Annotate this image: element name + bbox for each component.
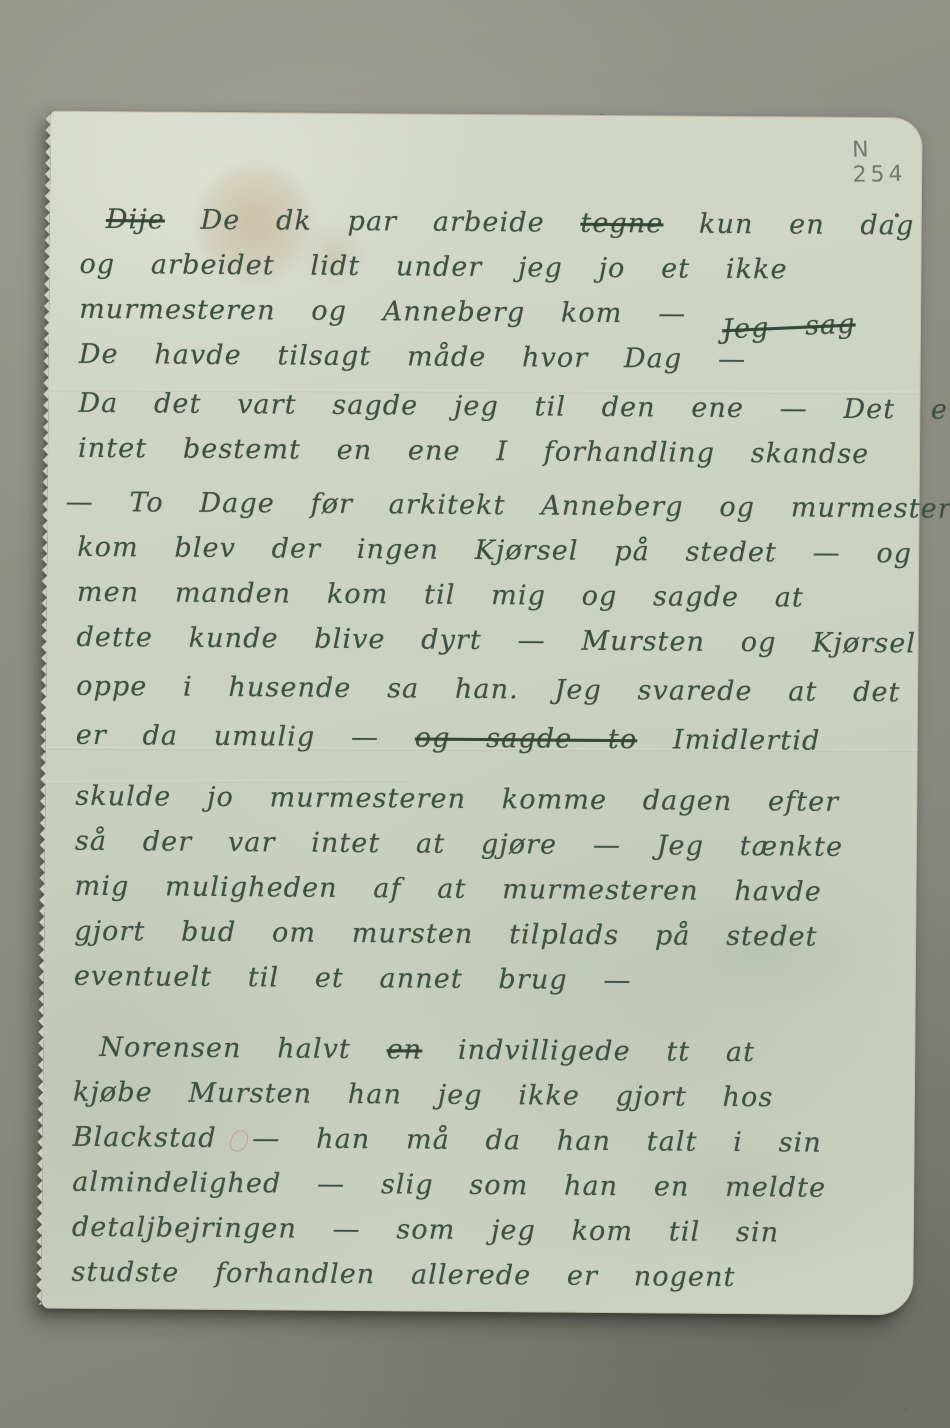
handwriting-line: men manden kom til mig og sagde at (77, 570, 903, 621)
handwriting-segment: og arbeidet lidt under jeg jo et ikke (79, 249, 787, 286)
handwriting-segment: dette kunde blive dyrt — Mursten og Kjør… (76, 622, 916, 660)
handwriting-line: — To Dage før arkitekt Anneberg og murme… (65, 480, 903, 532)
handwriting-segment: — To Dage før arkitekt Anneberg og murme… (66, 487, 950, 525)
handwriting-line: dette kunde blive dyrt — Mursten og Kjør… (76, 615, 902, 666)
handwriting-segment: intet bestemt en ene I forhandling skand… (78, 433, 869, 470)
handwriting-line: studste forhandlen allerede er nogent (71, 1250, 897, 1301)
struck-text: Dije (106, 204, 165, 235)
handwriting-line: Blackstad — han må da han talt i sin (72, 1115, 898, 1166)
handwriting-line: skulde jo murmesteren komme dagen efter (75, 774, 901, 825)
handwriting-segment: men manden kom til mig og sagde at (77, 577, 804, 614)
handwriting-line: oppe i husende sa han. Jeg svarede at de… (76, 664, 902, 715)
handwriting-segment: skulde jo murmesteren komme dagen efter (75, 781, 839, 818)
handwriting-segment: detaljbejringen — som jeg kom til sin (72, 1212, 779, 1249)
handwriting-segment: eventuelt til et annet brug — (74, 961, 632, 996)
handwriting-line: kjøbe Mursten han jeg ikke gjort hos (73, 1070, 899, 1121)
handwriting-segment: oppe i husende sa han. Jeg svarede at de… (76, 671, 901, 708)
handwriting-segment: Norensen halvt (99, 1032, 387, 1065)
handwriting-line: detaljbejringen — som jeg kom til sin (72, 1205, 898, 1256)
handwriting-segment: mig muligheden af at murmesteren havde (75, 871, 823, 908)
handwriting-segment: almindelighed — slig som han en meldte (72, 1167, 826, 1204)
handwriting-segment: indvilligede tt at (422, 1035, 755, 1069)
handwriting-segment: Blackstad — han må da han talt i sin (73, 1122, 822, 1159)
perforated-edge (35, 114, 50, 1305)
handwriting-line: eventuelt til et annet brug — (74, 954, 900, 1005)
handwriting-segment: De dk par arbeide (165, 204, 581, 238)
handwriting-segment: studste forhandlen allerede er nogent (71, 1257, 735, 1293)
archive-number: N 254 (852, 137, 923, 188)
handwriting-line: murmesteren og Anneberg kom — Jeg sag (79, 287, 905, 338)
handwriting-line: Norensen halvt en indvilligede tt at (73, 1025, 899, 1076)
handwriting-line: og arbeidet lidt under jeg jo et ikke (79, 242, 905, 293)
struck-text: og sagde to (415, 722, 638, 755)
handwriting-line: kom blev der ingen Kjørsel på stedet — o… (77, 525, 903, 576)
handwriting-line: gjort bud om mursten tilplads på stedet (74, 909, 900, 960)
handwriting-segment: murmesteren og Anneberg kom — (79, 294, 722, 330)
handwriting-segment: Da det vart sagde jeg til den ene — Det … (78, 388, 950, 426)
handwriting-line: Dije De dk par arbeide tegne kun en dag (80, 197, 906, 248)
photo-backdrop: N 254 Dije De dk par arbeide tegne kun e… (0, 0, 950, 1428)
handwriting-segment: De havde tilsagt måde hvor Dag — (79, 339, 747, 375)
handwriting-line: er da umulig — og sagde to Imidlertid (76, 713, 902, 764)
handwriting-segment: Imidlertid (637, 724, 820, 756)
handwriting-segment: gjort bud om mursten tilplads på stedet (74, 916, 818, 953)
handwriting-segment: er da umulig — (76, 720, 415, 754)
handwriting-segment: kun en dag (663, 208, 914, 241)
handwriting-text: Dije De dk par arbeide tegne kun en dago… (71, 197, 906, 1301)
handwriting-line: Da det vart sagde jeg til den ene — Det … (78, 381, 904, 432)
handwriting-line: mig muligheden af at murmesteren havde (74, 864, 900, 915)
dust-speck (903, 1408, 907, 1411)
struck-text: tegne (580, 208, 663, 240)
handwriting-segment: kom blev der ingen Kjørsel på stedet — o… (77, 532, 912, 570)
letter-paper: N 254 Dije De dk par arbeide tegne kun e… (41, 111, 922, 1316)
handwriting-segment: så der var intet at gjøre — Jeg tænkte (75, 826, 843, 863)
struck-text: en (387, 1034, 423, 1065)
handwriting-line: intet bestemt en ene I forhandling skand… (78, 426, 904, 477)
handwriting-segment: kjøbe Mursten han jeg ikke gjort hos (73, 1077, 774, 1113)
handwriting-line: almindelighed — slig som han en meldte (72, 1160, 898, 1211)
struck-text: Jeg sag (721, 301, 856, 352)
handwriting-line: så der var intet at gjøre — Jeg tænkte (75, 819, 901, 870)
